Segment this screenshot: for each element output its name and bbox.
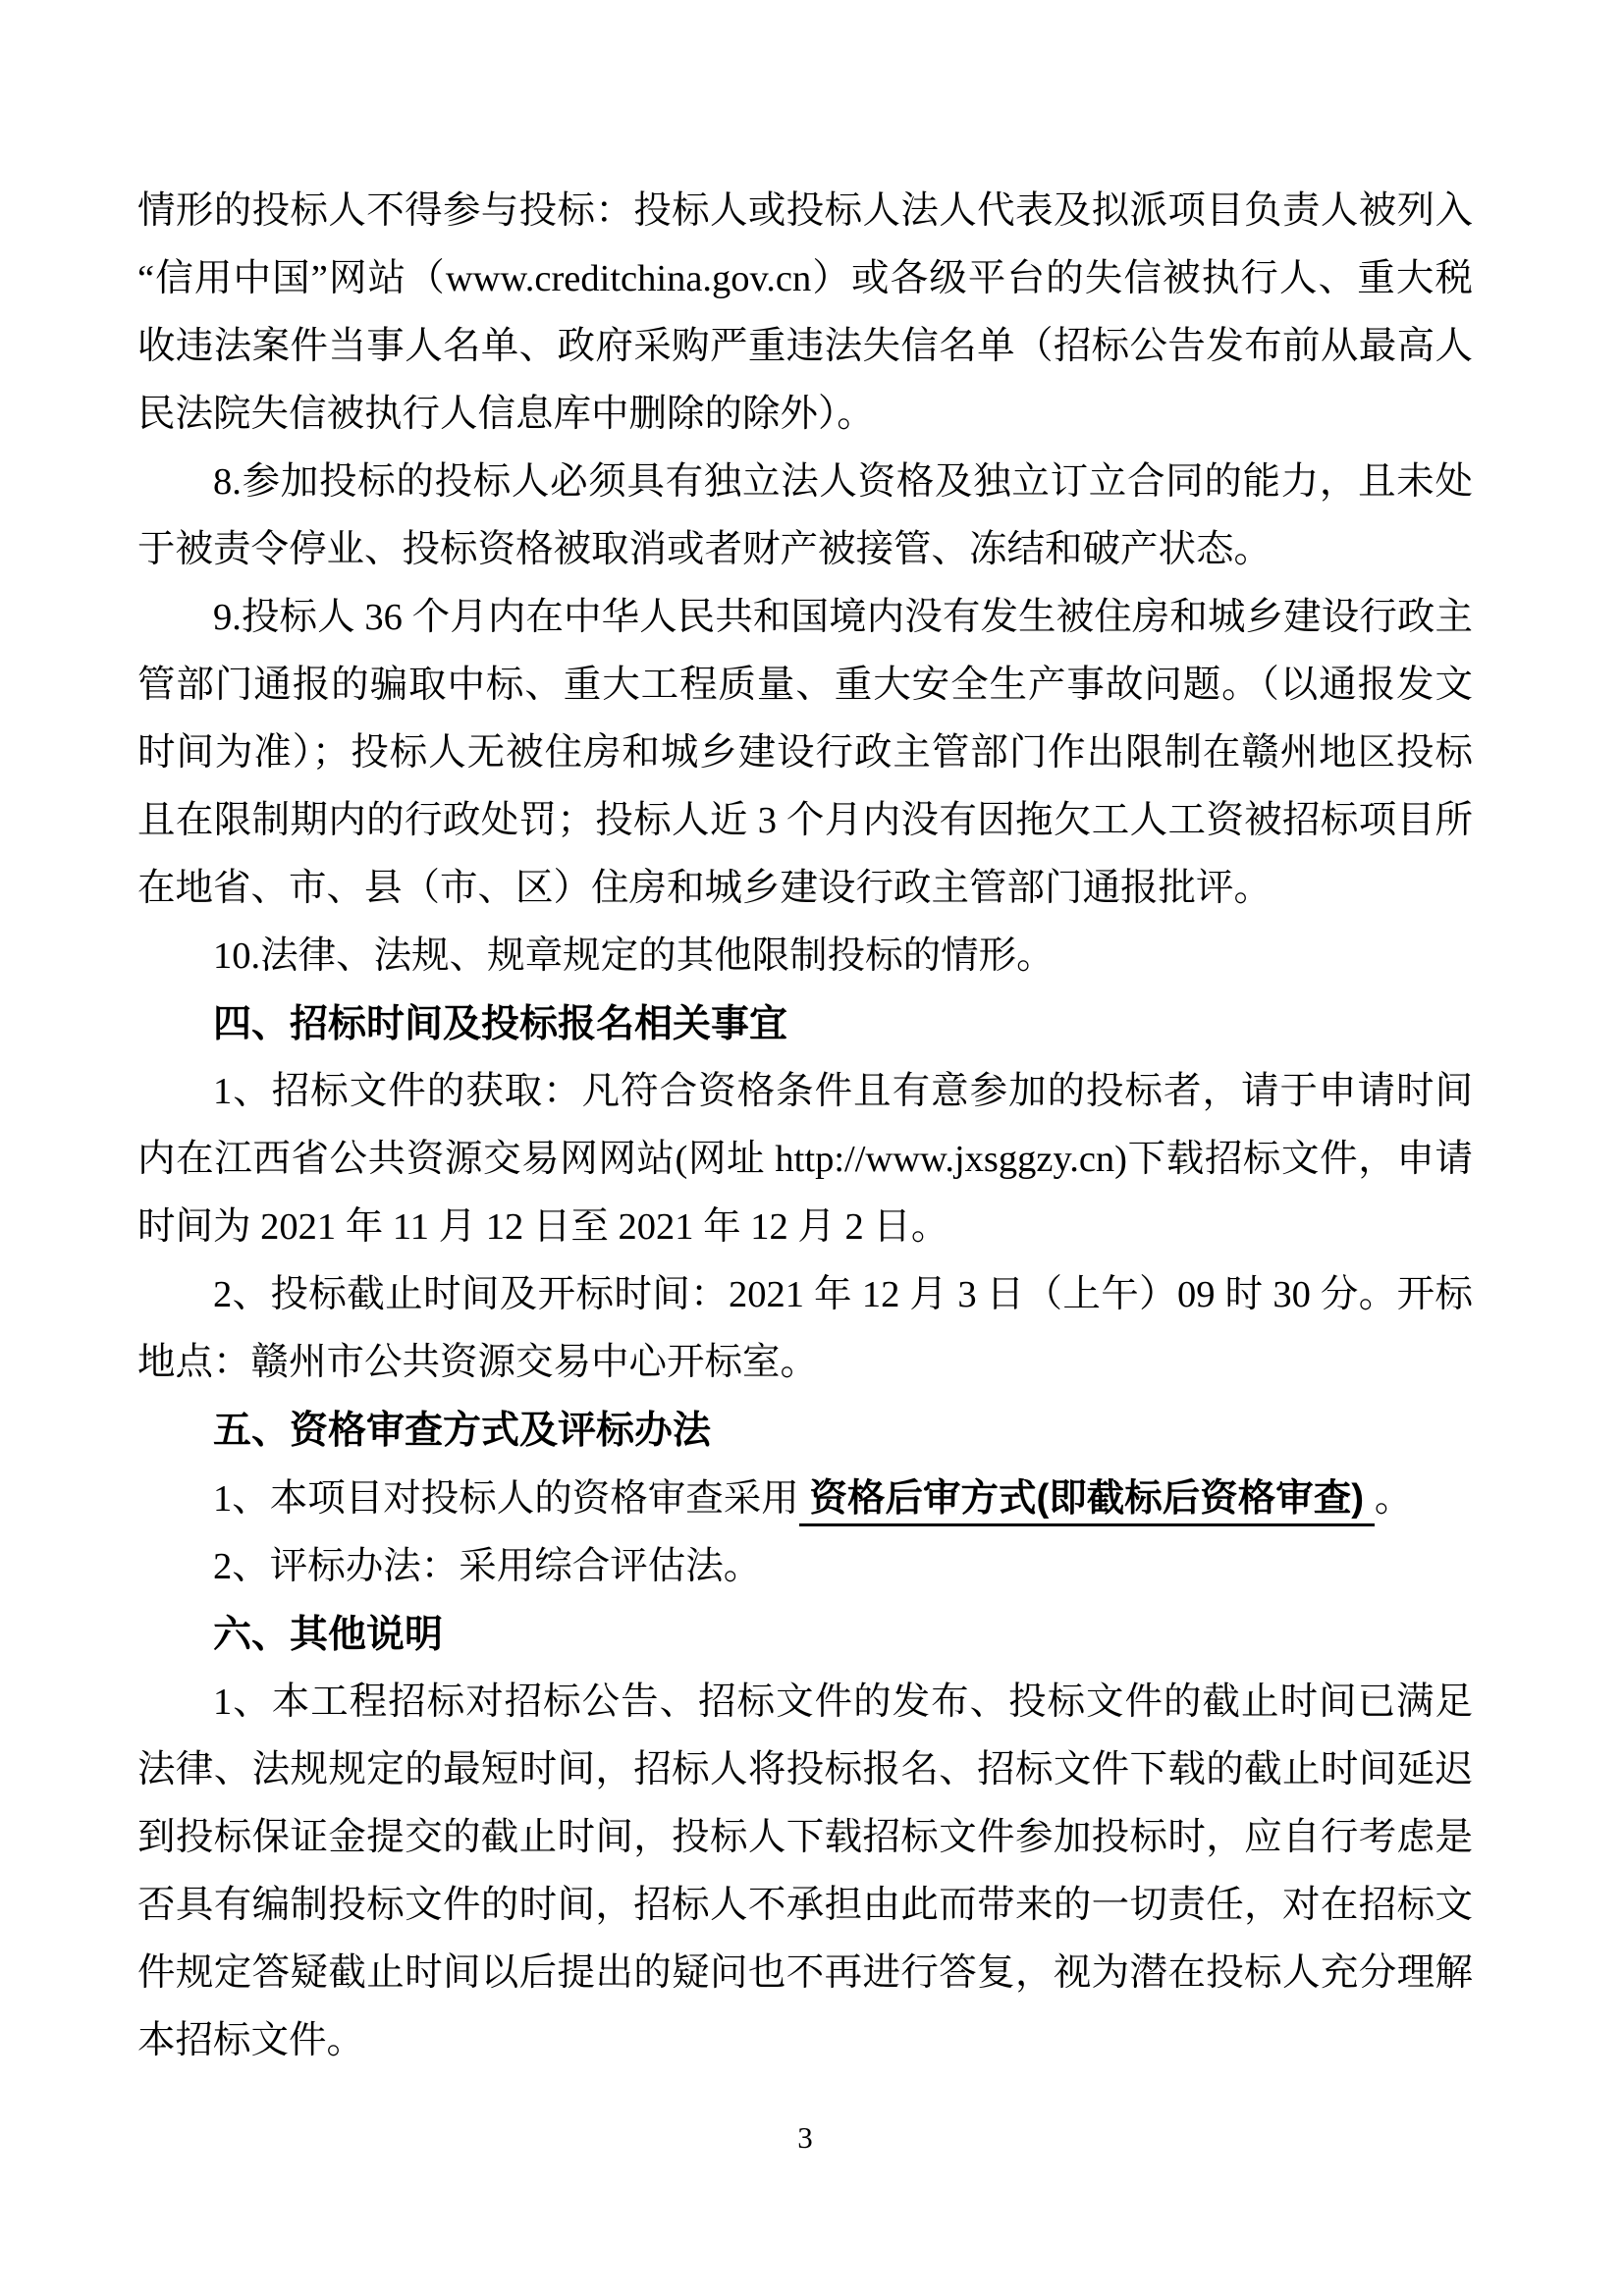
section-5-heading: 五、资格审查方式及评标办法 [137, 1397, 1473, 1465]
section-4-heading: 四、招标时间及投标报名相关事宜 [137, 990, 1473, 1058]
document-body: 情形的投标人不得参与投标：投标人或投标人法人代表及拟派项目负责人被列入“信用中国… [137, 178, 1473, 2075]
document-page: 情形的投标人不得参与投标：投标人或投标人法人代表及拟派项目负责人被列入“信用中国… [0, 0, 1624, 2296]
section-4-item-2: 2、投标截止时间及开标时间：2021 年 12 月 3 日（上午）09 时 30… [137, 1261, 1473, 1397]
section-5-item-1: 1、本项目对投标人的资格审查采用 资格后审方式(即截标后资格审查) 。 [137, 1465, 1473, 1533]
paragraph-continuation: 情形的投标人不得参与投标：投标人或投标人法人代表及拟派项目负责人被列入“信用中国… [137, 178, 1473, 449]
qualification-review-method-underlined: 资格后审方式(即截标后资格审查) [799, 1477, 1375, 1526]
paragraph-item-10: 10.法律、法规、规章规定的其他限制投标的情形。 [137, 923, 1473, 990]
qualification-review-suffix: 。 [1375, 1478, 1413, 1520]
section-4-item-1: 1、招标文件的获取：凡符合资格条件且有意参加的投标者，请于申请时间内在江西省公共… [137, 1058, 1473, 1261]
paragraph-item-9: 9.投标人 36 个月内在中华人民共和国境内没有发生被住房和城乡建设行政主管部门… [137, 584, 1473, 923]
qualification-review-prefix: 1、本项目对投标人的资格审查采用 [213, 1478, 799, 1520]
paragraph-item-8: 8.参加投标的投标人必须具有独立法人资格及独立订立合同的能力，且未处于被责令停业… [137, 449, 1473, 584]
page-number: 3 [137, 2118, 1473, 2158]
section-6-heading: 六、其他说明 [137, 1601, 1473, 1669]
section-5-item-2: 2、评标办法：采用综合评估法。 [137, 1533, 1473, 1601]
section-6-item-1: 1、本工程招标对招标公告、招标文件的发布、投标文件的截止时间已满足法律、法规规定… [137, 1669, 1473, 2075]
